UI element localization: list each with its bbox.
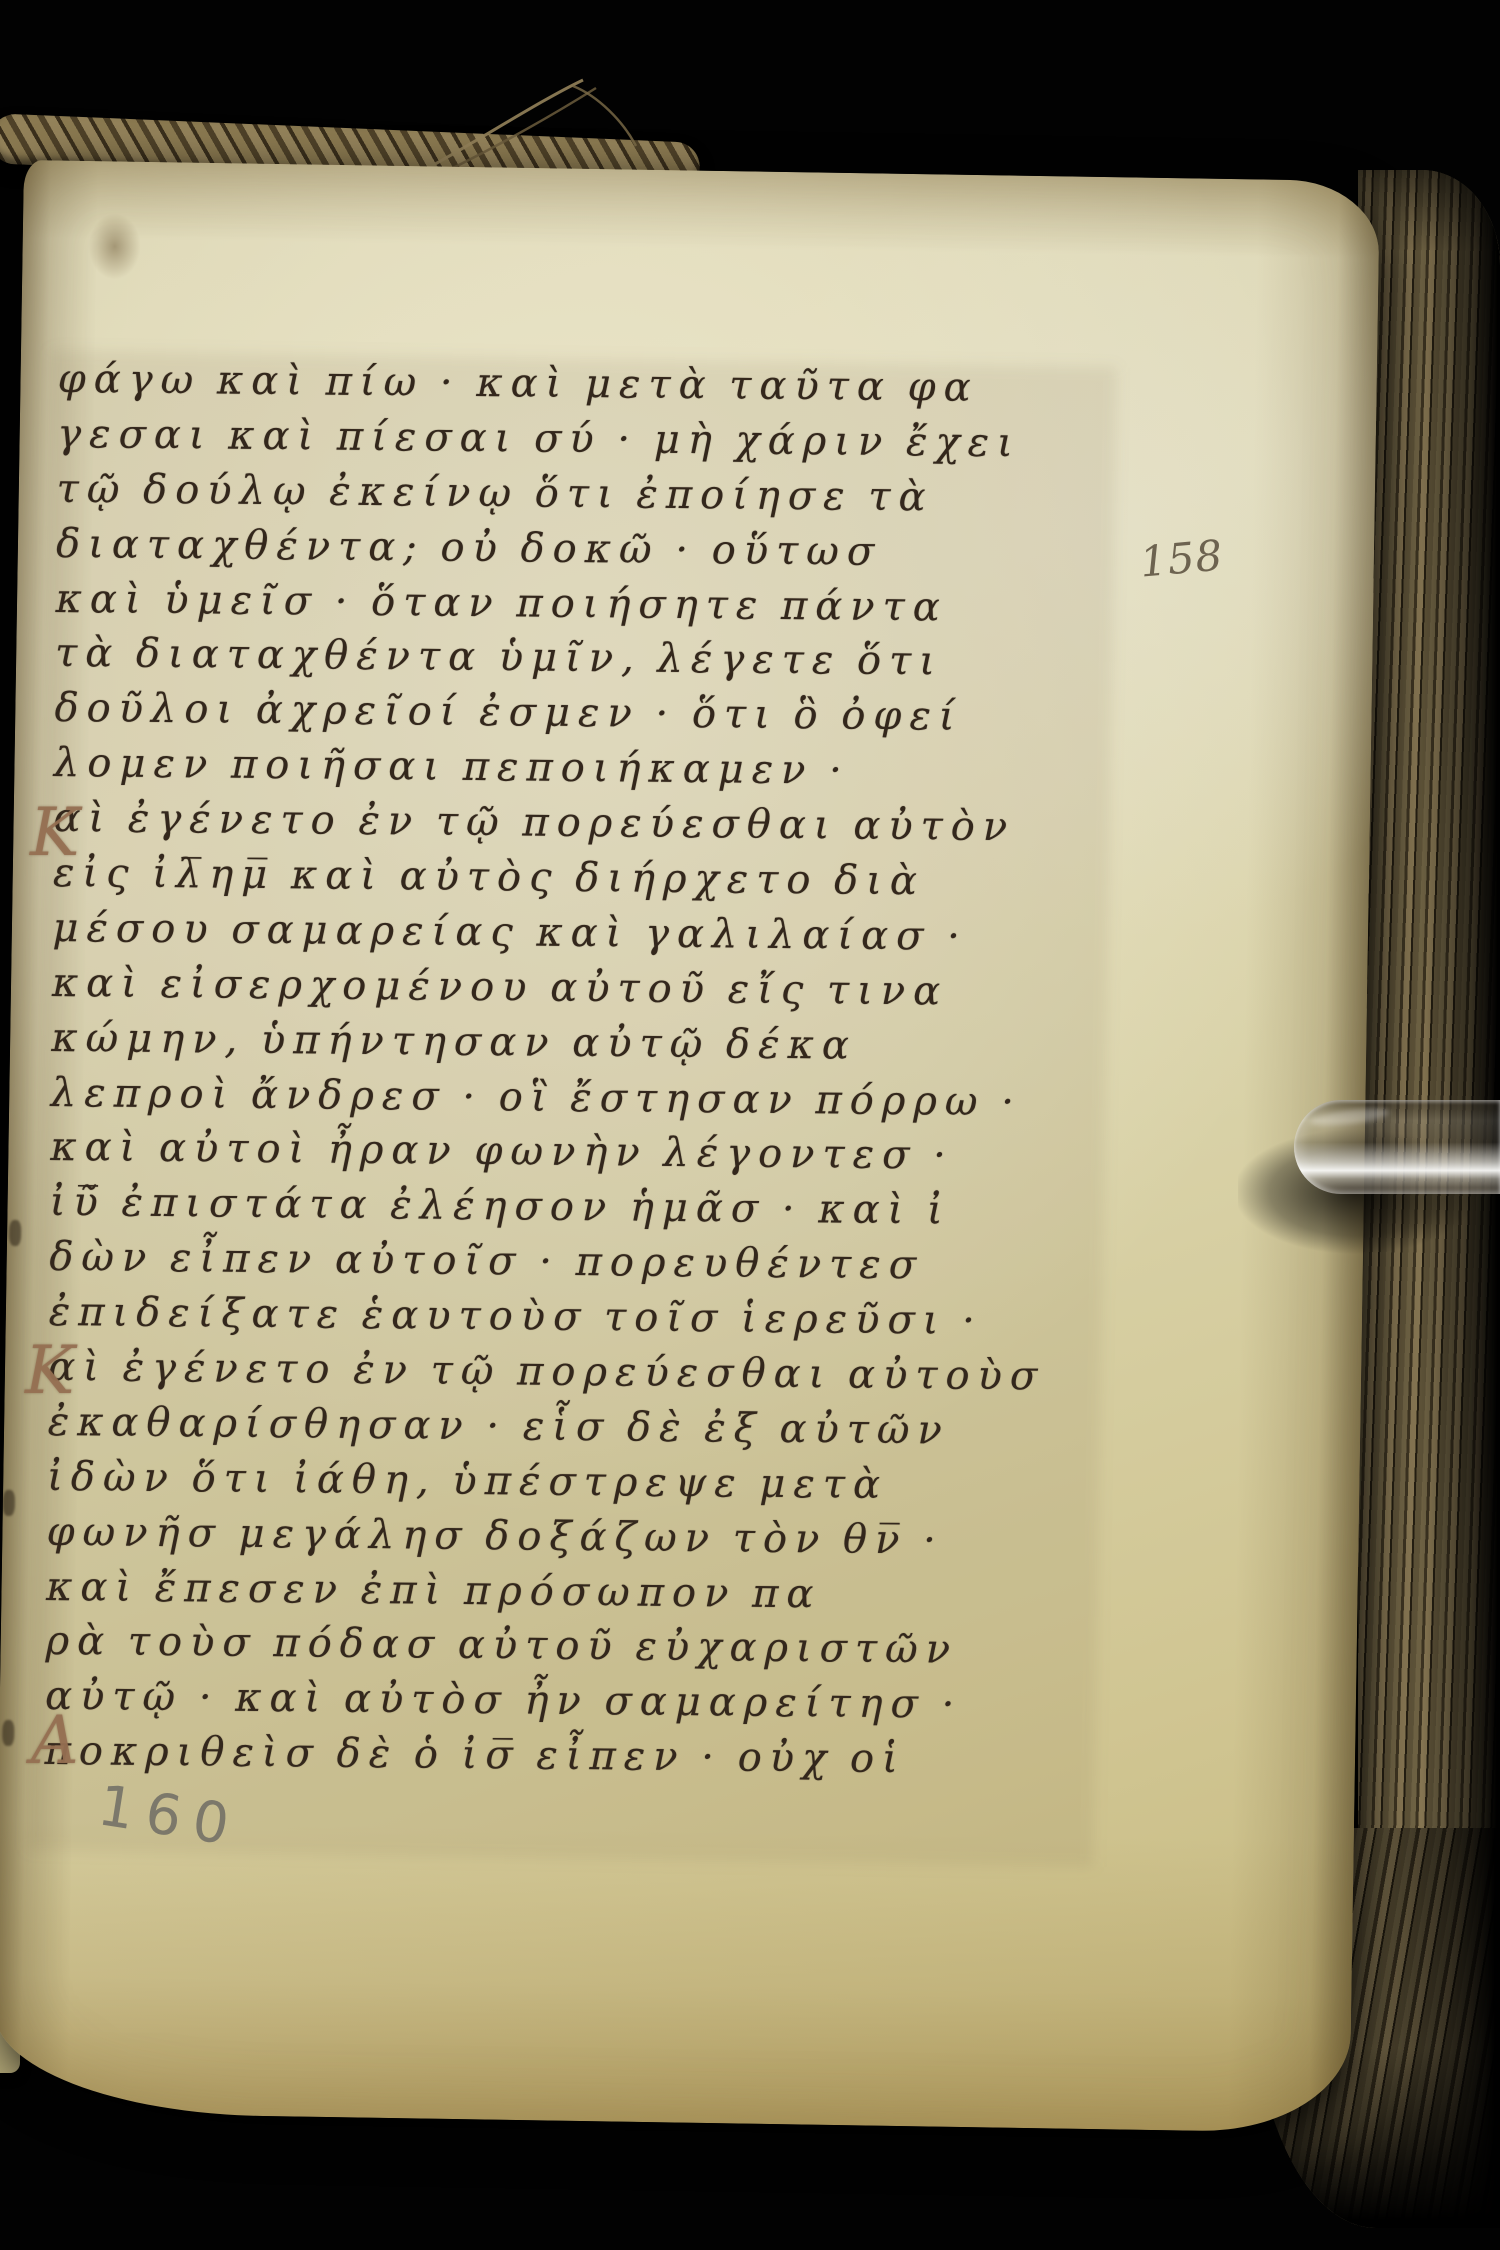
glass-weight [1294,1100,1500,1194]
text-line: λεπροὶ ἄνδρεσ · οἳ ἔστησαν πόρρω · [51,1066,1048,1130]
text-line: καὶ αὐτοὶ ἦραν φωνὴν λέγοντεσ · [50,1120,1047,1184]
edge-ink-mark [3,1490,15,1516]
text-line: κώμην, ὑπήντησαν αὐτῷ δέκα [51,1011,1048,1075]
text-line: τὰ διαταχθέντα ὑμῖν, λέγετε ὅτι [55,626,1052,690]
text-line: ποκριθεὶσ δὲ ὁ ἰσ̅ εἶπεν · οὐχ οἱ [44,1724,1041,1788]
text-line: καὶ ὑμεῖσ · ὅταν ποιήσητε πάντα [55,572,1052,636]
text-line: διαταχθέντα; οὐ δοκῶ · οὕτωσ [56,517,1053,581]
rubricated-initial-alpha: Α [31,1708,79,1774]
text-line: καὶ εἰσερχομένου αὐτοῦ εἴς τινα [52,956,1049,1020]
edge-ink-mark [2,1720,14,1746]
manuscript-text-block: φάγω καὶ πίω · καὶ μετὰ ταῦτα φα γεσαι κ… [44,352,1055,1789]
text-line: ἰῦ̅ ἐπιστάτα ἐλέησον ἡμᾶσ · καὶ ἰ [50,1175,1047,1239]
text-line: ἐπιδείξατε ἑαυτοὺσ τοῖσ ἱερεῦσι · [49,1285,1046,1349]
rubricated-initial-kappa: Κ [30,800,79,866]
photograph-of-manuscript: φάγω καὶ πίω · καὶ μετὰ ταῦτα φα γεσαι κ… [0,0,1500,2250]
text-line: αὶ ἐγένετο ἐν τῷ πορεύεσθαι αὐτοὺσ [48,1340,1045,1404]
text-line: φωνῆσ μεγάλησ δοξάζων τὸν θν̅ · [46,1505,1043,1569]
text-line: λομεν ποιῆσαι πεποιήκαμεν · [54,736,1051,800]
text-line: φάγω καὶ πίω · καὶ μετὰ ταῦτα φα [57,352,1054,416]
edge-ink-mark [9,1220,21,1246]
text-line: τῷ δούλῳ ἐκείνῳ ὅτι ἐποίησε τὰ [56,462,1053,526]
text-line: γεσαι καὶ πίεσαι σύ · μὴ χάριν ἔχει [57,407,1054,471]
text-line: καὶ ἔπεσεν ἐπὶ πρόσωπον πα [46,1560,1043,1624]
text-line: δὼν εἶπεν αὐτοῖσ · πορευθέντεσ [49,1230,1046,1294]
text-line: ἰδὼν ὅτι ἰάθη, ὑπέστρεψε μετὰ [47,1450,1044,1514]
text-line: εἰς ἰλ̅ημ̅ καὶ αὐτὸς διήρχετο διὰ [53,846,1050,910]
text-line: ρὰ τοὺσ πόδασ αὐτοῦ εὐχαριστῶν [45,1614,1042,1678]
rubricated-initial-kappa: Κ [25,1338,74,1404]
text-line: μέσου σαμαρείας καὶ γαλιλαίασ · [52,901,1049,965]
text-line: αὐτῷ · καὶ αὐτὸσ ἦν σαμαρείτησ · [45,1669,1042,1733]
text-line: ἐκαθαρίσθησαν · εἷσ δὲ ἐξ αὐτῶν [47,1395,1044,1459]
text-line: δοῦλοι ἀχρεῖοί ἐσμεν · ὅτι ὃ ὀφεί [54,681,1051,745]
folio-number: 158 [1138,530,1225,586]
parchment-stain [88,213,141,280]
text-line: αὶ ἐγένετο ἐν τῷ πορεύεσθαι αὐτὸν [53,791,1050,855]
